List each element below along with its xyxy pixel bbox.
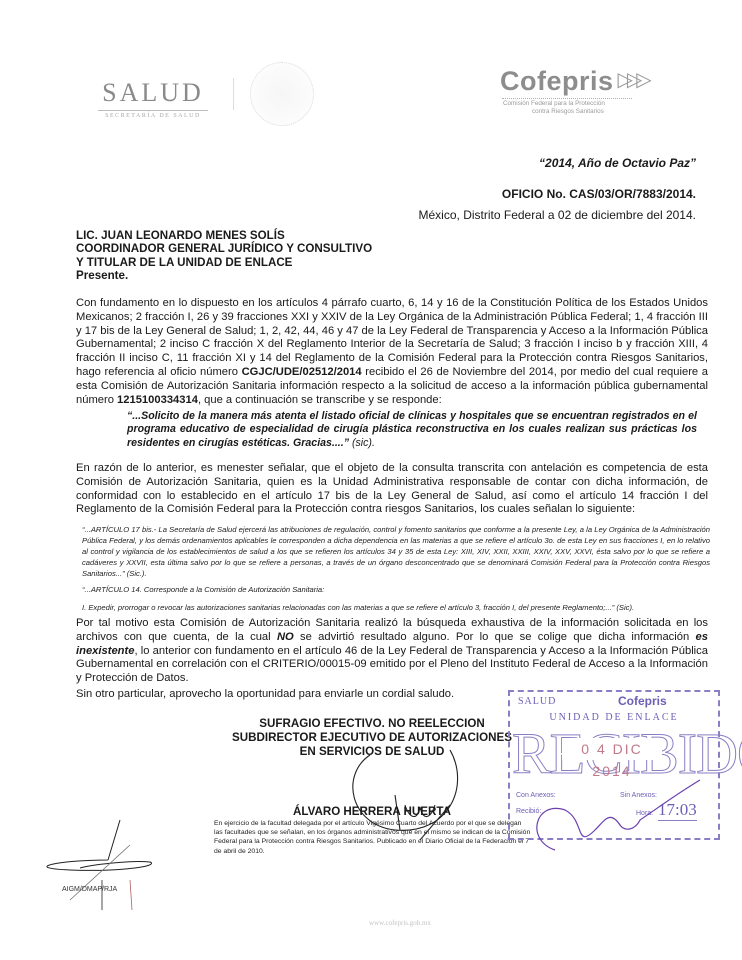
cofepris-logo-rule <box>502 98 632 99</box>
stamp-salud-label: SALUD <box>518 696 556 707</box>
footer-address: www.cofepris.gob.mx <box>200 918 600 928</box>
national-seal-icon <box>250 62 314 126</box>
emphasis-no: NO <box>277 631 294 643</box>
cofepris-logo-title: Cofepris <box>500 66 614 97</box>
year-motto: “2014, Año de Octavio Paz” <box>539 156 696 170</box>
request-number: 1215100334314 <box>117 394 198 406</box>
drafter-initials: AIGM/DMAP/RJA <box>62 886 117 893</box>
receiver-signature-icon <box>525 770 705 860</box>
arrows-icon: ▷▷▷ <box>618 67 646 92</box>
signer-name: ÁLVARO HERRERA HUERTA <box>212 805 532 818</box>
place-and-date: México, Distrito Federal a 02 de diciemb… <box>419 208 696 222</box>
salud-logo: SALUD SECRETARÍA DE SALUD <box>98 78 208 119</box>
law-quote-article-14-fraction-1: I. Expedir, prorrogar o revocar las auto… <box>82 602 710 613</box>
paragraph3-text-3: , lo anterior con fundamento en el artíc… <box>76 645 708 685</box>
delegation-note: En ejercicio de la facultad delegada por… <box>214 819 532 856</box>
request-quote: “...Solicito de la manera más atenta el … <box>127 410 697 450</box>
addressee-name: LIC. JUAN LEONARDO MENES SOLÍS <box>76 229 372 242</box>
initials-scribble-icon <box>30 820 210 910</box>
salud-logo-rule <box>98 110 208 111</box>
result-paragraph: Por tal motivo esta Comisión de Autoriza… <box>76 617 708 686</box>
competence-paragraph: En razón de lo anterior, es menester señ… <box>76 462 708 517</box>
cofepris-logo: Cofepris▷▷▷ Comisión Federal para la Pro… <box>500 66 710 116</box>
cofepris-logo-subtitle-2: contra Riesgos Sanitarios <box>500 108 710 116</box>
cofepris-logo-subtitle-1: Comisión Federal para la Protección <box>500 100 710 108</box>
oficio-number: OFICIO No. CAS/03/OR/7883/2014. <box>502 187 696 201</box>
law-quote-article-14: “...ARTÍCULO 14. Corresponde a la Comisi… <box>82 584 710 595</box>
law-quote-article-17-bis: “...ARTÍCULO 17 bis.- La Secretaría de S… <box>82 524 710 579</box>
stamp-cofepris-label: Cofepris <box>618 694 667 708</box>
paragraph1-text-3: , que a continuación se transcribe y se … <box>198 394 442 406</box>
addressee-salutation: Presente. <box>76 269 372 282</box>
signature-motto: SUFRAGIO EFECTIVO. NO REELECCION <box>212 717 532 731</box>
reference-oficio-number: CGJC/UDE/02512/2014 <box>242 366 362 378</box>
addressee-block: LIC. JUAN LEONARDO MENES SOLÍS COORDINAD… <box>76 229 372 282</box>
addressee-title-1: COORDINADOR GENERAL JURÍDICO Y CONSULTIV… <box>76 242 372 255</box>
request-quote-sic: (sic). <box>349 437 375 449</box>
paragraph3-text-2: se advirtió resultado alguno. Por lo que… <box>294 631 696 643</box>
salud-logo-title: SALUD <box>98 78 208 108</box>
addressee-title-2: Y TITULAR DE LA UNIDAD DE ENLACE <box>76 256 372 269</box>
request-quote-text: “...Solicito de la manera más atenta el … <box>127 410 697 449</box>
footer-website[interactable]: www.cofepris.gob.mx <box>200 918 600 928</box>
salud-logo-subtitle: SECRETARÍA DE SALUD <box>98 113 208 119</box>
stamp-date: 0 4 DIC 2014 <box>562 738 662 760</box>
legal-basis-paragraph: Con fundamento en lo dispuesto en los ar… <box>76 297 708 407</box>
logo-divider <box>233 78 234 110</box>
